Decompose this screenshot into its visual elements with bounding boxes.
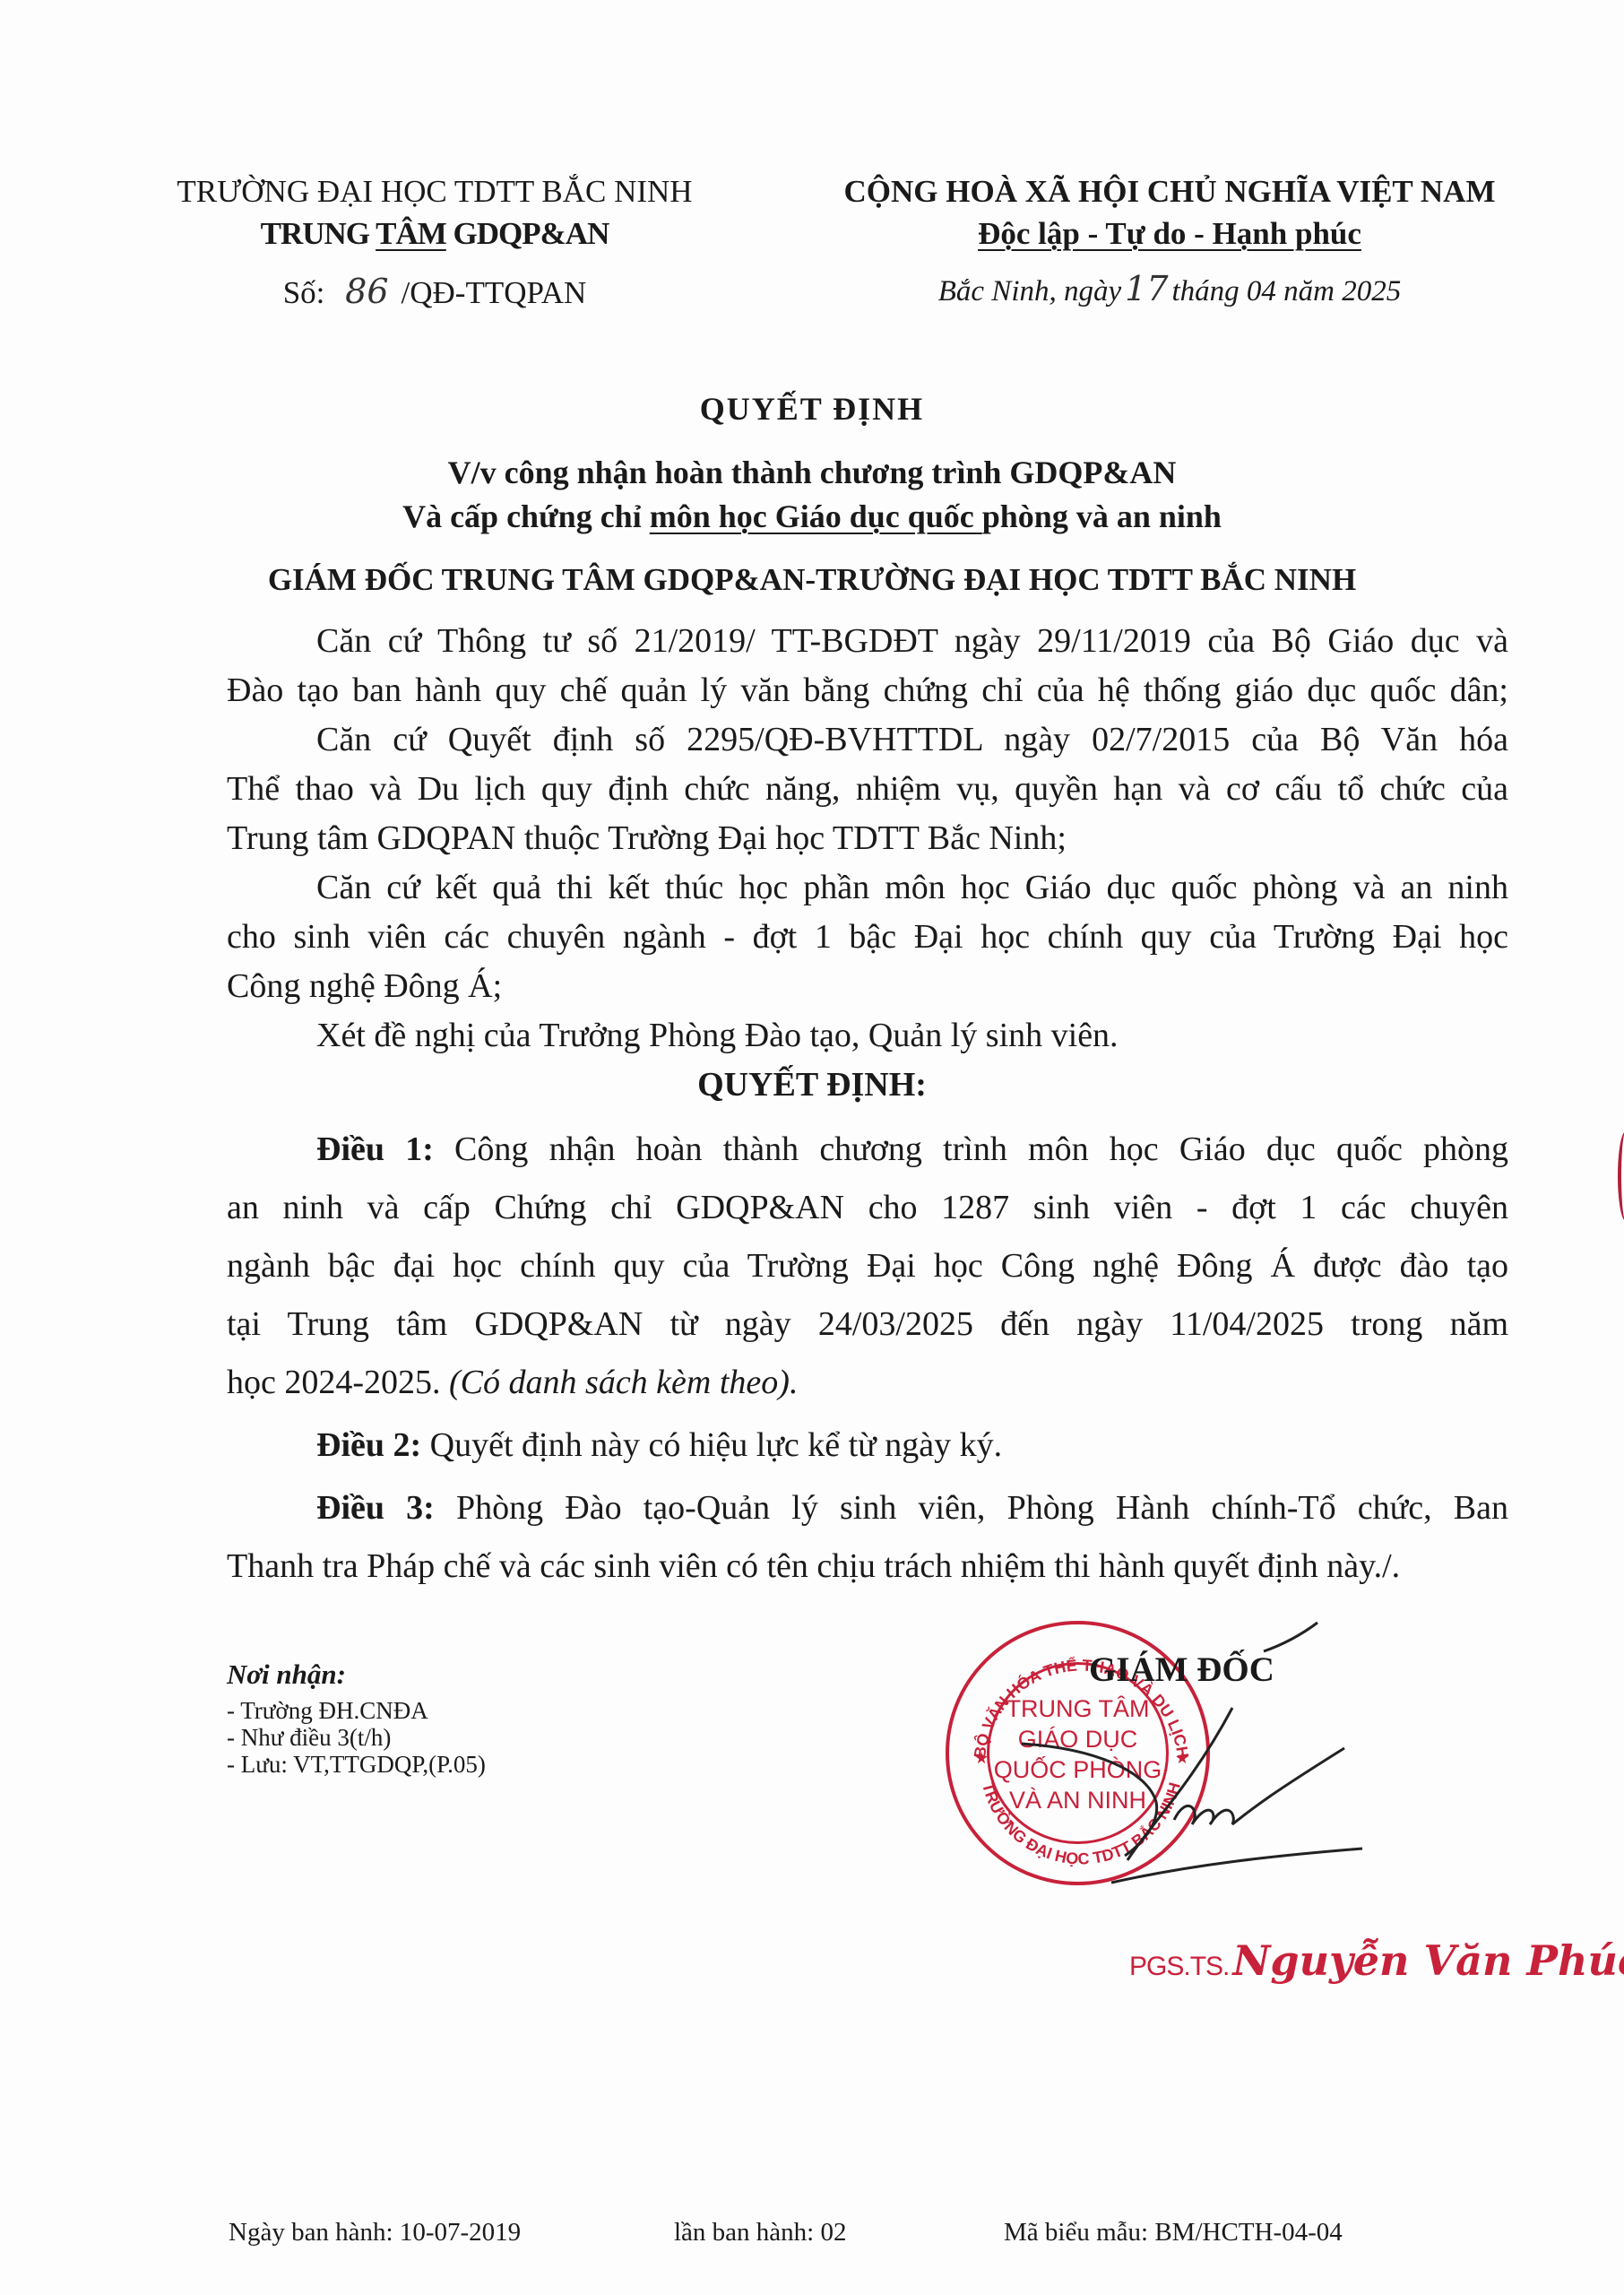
- preamble-1-line-2: Đào tạo ban hành quy chế quản lý văn bằn…: [227, 671, 1508, 710]
- doc-number-handwritten: 86: [345, 272, 388, 311]
- signer-name: Nguyễn Văn Phúc: [1232, 1936, 1624, 1985]
- article-1-label: Điều 1:: [316, 1130, 434, 1168]
- recipients-list: - Trường ĐH.CNĐA - Như điều 3(t/h) - Lưu…: [227, 1697, 486, 1778]
- article-1-last-prefix: học 2024-2025.: [227, 1364, 449, 1401]
- org-unit-underlined: TÂM: [376, 216, 446, 251]
- article-1-text: Công nhận hoàn thành chương trình môn họ…: [434, 1130, 1508, 1168]
- national-motto: Độc lập - Tự do - Hạnh phúc: [789, 216, 1551, 252]
- article-2-line-1: Điều 2: Quyết định này có hiệu lực kể từ…: [316, 1425, 1508, 1465]
- preamble-4-line-1: Xét đề nghị của Trưởng Phòng Đào tạo, Qu…: [316, 1016, 1508, 1055]
- org-unit-suffix: GDQP&AN: [446, 216, 609, 251]
- country-name: CỘNG HOÀ XÃ HỘI CHỦ NGHĨA VIỆT NAM: [789, 174, 1551, 210]
- document-title: QUYẾT ĐỊNH: [0, 390, 1624, 428]
- preamble-2-line-2: Thể thao và Du lịch quy định chức năng, …: [227, 769, 1508, 809]
- handwritten-signature-icon: [968, 1614, 1434, 1901]
- org-unit: TRUNG TÂM GDQP&AN: [90, 216, 780, 252]
- article-1-line-3: ngành bậc đại học chính quy của Trường Đ…: [227, 1246, 1508, 1286]
- article-3-text: Phòng Đào tạo-Quản lý sinh viên, Phòng H…: [435, 1489, 1508, 1527]
- subject-line-2-underlined: môn học Giáo dục quốc: [650, 498, 982, 534]
- article-1-line-4: tại Trung tâm GDQP&AN từ ngày 24/03/2025…: [227, 1304, 1508, 1344]
- subject-line-2-suffix: phòng và an ninh: [982, 498, 1222, 534]
- org-parent: TRƯỜNG ĐẠI HỌC TDTT BẮC NINH: [90, 174, 780, 210]
- subject-line-2: Và cấp chứng chỉ môn học Giáo dục quốc p…: [0, 498, 1624, 535]
- article-2-text: Quyết định này có hiệu lực kể từ ngày ký…: [421, 1426, 1002, 1464]
- preamble-2-line-1: Căn cứ Quyết định số 2295/QĐ-BVHTTDL ngà…: [316, 720, 1508, 759]
- subject-line-2-prefix: Và cấp chứng chỉ: [402, 498, 650, 534]
- article-1-line-2: an ninh và cấp Chứng chỉ GDQP&AN cho 128…: [227, 1188, 1508, 1227]
- recipient-item: - Lưu: VT,TTGDQP,(P.05): [227, 1751, 486, 1778]
- preamble-3-line-2: cho sinh viên các chuyên ngành - đợt 1 b…: [227, 917, 1508, 957]
- place-date-day: 17: [1125, 269, 1168, 308]
- place-date-suffix: tháng 04 năm 2025: [1172, 275, 1402, 307]
- preamble-3-line-1: Căn cứ kết quả thi kết thúc học phần môn…: [316, 868, 1508, 907]
- preamble-2-line-3: Trung tâm GDQPAN thuộc Trường Đại học TD…: [227, 818, 1508, 858]
- place-date-prefix: Bắc Ninh, ngày: [938, 275, 1121, 307]
- article-1-line-5: học 2024-2025. (Có danh sách kèm theo).: [227, 1363, 1508, 1402]
- recipients-label: Nơi nhận:: [227, 1658, 346, 1691]
- article-1-line-1: Điều 1: Công nhận hoàn thành chương trìn…: [316, 1130, 1508, 1169]
- article-3-line-2: Thanh tra Pháp chế và các sinh viên có t…: [227, 1546, 1508, 1586]
- signer-name-block: PGS.TS. Nguyễn Văn Phúc: [1129, 1936, 1624, 1985]
- article-3-label: Điều 3:: [316, 1489, 435, 1527]
- place-date: Bắc Ninh, ngày17tháng 04 năm 2025: [789, 269, 1551, 308]
- issuing-authority: GIÁM ĐỐC TRUNG TÂM GDQP&AN-TRƯỜNG ĐẠI HỌ…: [0, 562, 1624, 598]
- doc-number-suffix: /QĐ-TTQPAN: [402, 275, 587, 310]
- article-3-line-1: Điều 3: Phòng Đào tạo-Quản lý sinh viên,…: [316, 1488, 1508, 1528]
- motto-text: Độc lập - Tự do - Hạnh phúc: [978, 216, 1361, 251]
- preamble-3-line-3: Công nghệ Đông Á;: [227, 966, 1508, 1006]
- article-2-label: Điều 2:: [316, 1426, 421, 1464]
- recipient-item: - Như điều 3(t/h): [227, 1724, 486, 1751]
- doc-number-label: Số:: [283, 275, 325, 310]
- footer-issue-number: lần ban hành: 02: [674, 2218, 846, 2247]
- recipient-item: - Trường ĐH.CNĐA: [227, 1697, 486, 1724]
- article-1-attachment-note: (Có danh sách kèm theo).: [449, 1364, 798, 1401]
- decision-heading: QUYẾT ĐỊNH:: [0, 1065, 1624, 1104]
- org-unit-prefix: TRUNG: [261, 216, 376, 251]
- footer-issue-date: Ngày ban hành: 10-07-2019: [229, 2218, 521, 2247]
- doc-number: Số: 86/QĐ-TTQPAN: [90, 272, 780, 311]
- subject-line-1: V/v công nhận hoàn thành chương trình GD…: [0, 454, 1624, 491]
- page-edge-mark: [1618, 1131, 1624, 1221]
- signer-degree: PGS.TS.: [1129, 1952, 1229, 1981]
- preamble-1-line-1: Căn cứ Thông tư số 21/2019/ TT-BGDĐT ngà…: [316, 621, 1508, 661]
- footer-form-code: Mã biểu mẫu: BM/HCTH-04-04: [1004, 2218, 1343, 2247]
